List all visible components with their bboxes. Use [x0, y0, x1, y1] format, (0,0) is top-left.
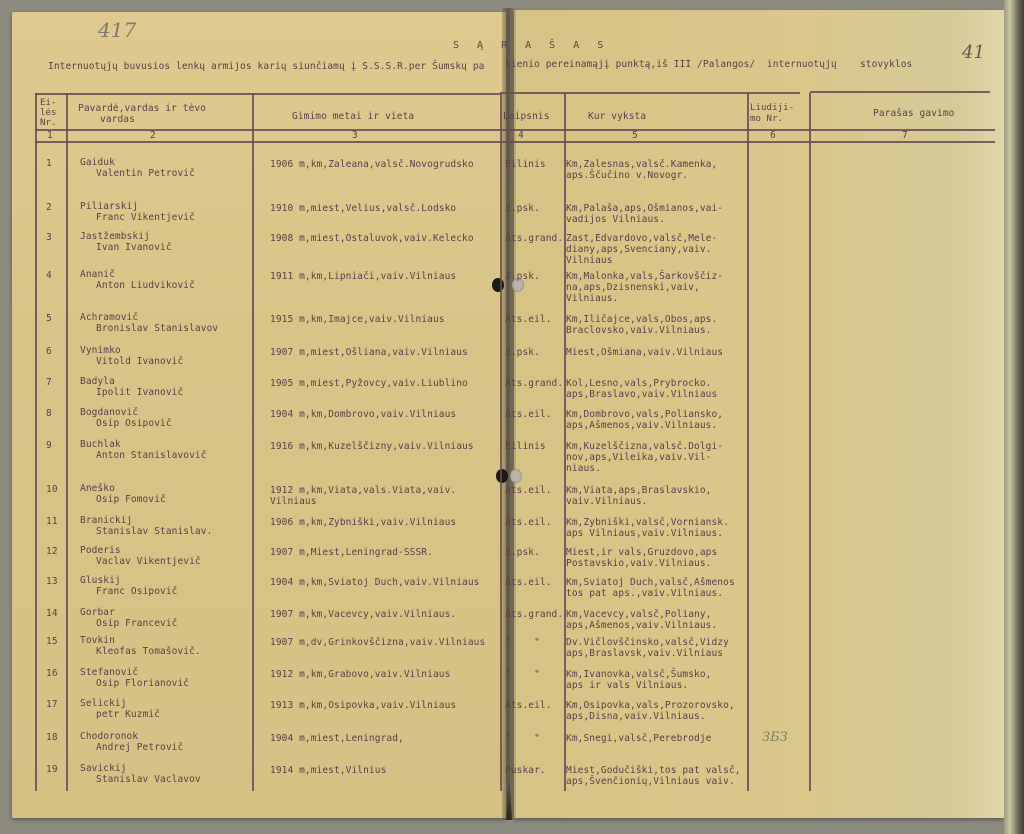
destination-line2: aps ir vals Vilniaus.	[566, 680, 688, 691]
surname: Ananič	[80, 269, 115, 280]
given-name: Franc Osipovič	[96, 586, 177, 597]
birth-info: 1915 m,km,Imajce,vaiv.Vilniaus	[270, 314, 445, 325]
birth-info: 1906 m,km,Zaleana,valsč.Novogrudsko	[270, 159, 474, 170]
surname: Jastžembskij	[80, 231, 150, 242]
rank: Eilinis	[505, 441, 546, 452]
row-number: 11	[46, 516, 58, 527]
destination-line1: Km,Viata,aps,Braslavskio,	[566, 485, 712, 496]
given-name: petr Kuzmič	[96, 709, 160, 720]
rank: " "	[505, 669, 540, 680]
destination-line1: Km,Iličajce,vals,Obos,aps.	[566, 314, 717, 325]
table-top-border	[500, 92, 800, 94]
given-name: Andrej Petrovič	[96, 742, 183, 753]
given-name: Ivan Ivanovič	[96, 242, 172, 253]
row-number: 12	[46, 546, 58, 557]
birth-info: 1911 m,km,Lipniači,vaiv.Vilniaus	[270, 271, 456, 282]
row-number: 10	[46, 484, 58, 495]
rank: Ats.eil.	[505, 700, 552, 711]
given-name: Valentin Petrovič	[96, 168, 195, 179]
destination-line3: Vilniaus.	[566, 293, 618, 304]
given-name: Ipolit Ivanovič	[96, 387, 183, 398]
rank: " "	[505, 733, 540, 744]
destination-line2: aps,Ašmenos,vaiv.Vilniaus.	[566, 620, 717, 631]
row-number: 19	[46, 764, 58, 775]
row-number: 5	[46, 313, 52, 324]
row-number: 4	[46, 270, 52, 281]
punch-hole-icon	[510, 469, 522, 483]
row-number: 15	[46, 636, 58, 647]
surname: Badyla	[80, 376, 115, 387]
row-number: 1	[46, 158, 52, 169]
surname: Aneško	[80, 483, 115, 494]
birth-info: 1913 m,km,Osipovka,vaiv.Vilniaus	[270, 700, 456, 711]
destination-line2: vaiv.Vilniaus.	[566, 496, 647, 507]
header-col5: Kur vyksta	[588, 111, 646, 122]
row-number: 7	[46, 377, 52, 388]
destination-line2: aps.Ščučino v.Novogr.	[566, 170, 688, 181]
destination-line2: diany,aps,Svenciany,vaiv.	[566, 244, 712, 255]
birth-info: 1907 m,Miest,Leningrad-SSSR.	[270, 547, 433, 558]
header-number-5: 5	[632, 130, 638, 141]
row-number: 2	[46, 202, 52, 213]
header-number-divider	[35, 141, 995, 143]
header-col4: Laipsnis	[503, 111, 550, 122]
rank: Ats.eil.	[505, 577, 552, 588]
surname: Vynimko	[80, 345, 121, 356]
given-name: Kleofas Tomašovič.	[96, 646, 201, 657]
header-number-4: 4	[518, 130, 524, 141]
given-name: Osip Osipovič	[96, 418, 172, 429]
given-name: Stanislav Vaclavov	[96, 774, 201, 785]
row-number: 3	[46, 232, 52, 243]
header-col2-line2: vardas	[100, 114, 135, 125]
surname: Stefanovič	[80, 667, 138, 678]
surname: Piliarskij	[80, 201, 138, 212]
destination-line1: Km,Kuzelščizna,valsč.Dolgi-	[566, 441, 723, 452]
destination-line1: Km,Vacevcy,valsč,Poliany,	[566, 609, 712, 620]
row-number: 6	[46, 346, 52, 357]
destination-line1: Miest,Ošmiana,vaiv.Vilniaus	[566, 347, 723, 358]
destination-line2: aps,Braslavsk,vaiv.Vilniaus	[566, 648, 723, 659]
surname: Branickij	[80, 515, 132, 526]
column-line	[66, 93, 68, 791]
header-number-3: 3	[352, 130, 358, 141]
given-name: Bronislav Stanislavov	[96, 323, 218, 334]
destination-line2: aps,Ašmenos,vaiv.Vilniaus.	[566, 420, 717, 431]
given-name: Franc Vikentjevič	[96, 212, 195, 223]
given-name: Anton Stanislavovič	[96, 450, 207, 461]
header-col2-line1: Pavardė,vardas ir tėvo	[78, 103, 206, 114]
rank: Eilinis	[505, 159, 546, 170]
destination-line1: Miest,ir vals,Gruzdovo,aps	[566, 547, 717, 558]
row-number: 8	[46, 408, 52, 419]
header-col6-line2: mo Nr.	[750, 114, 783, 125]
rank: Ats.eil.	[505, 517, 552, 528]
header-number-6: 6	[770, 130, 776, 141]
destination-line1: Km,Dombrovo,vals,Poliansko,	[566, 409, 723, 420]
destination-line2: Braclovsko,vaiv.Vilniaus.	[566, 325, 712, 336]
column-line	[35, 93, 37, 791]
column-line	[747, 93, 749, 791]
destination-line1: Km,Zalesnas,valsč.Kamenka,	[566, 159, 717, 170]
destination-line1: Dv.Vičlovščinsko,valsč,Vidzy	[566, 637, 729, 648]
destination-line1: Km,Ivanovka,valsč,Šumsko,	[566, 669, 712, 680]
rank: Puskar.	[505, 765, 546, 776]
birth-info: 1912 m,km,Viata,vals.Viata,vaiv.	[270, 485, 456, 496]
birth-info: 1907 m,miest,Ošliana,vaiv.Vilniaus	[270, 347, 468, 358]
destination-line3: niaus.	[566, 463, 601, 474]
row-number: 13	[46, 576, 58, 587]
destination-line2: nov,aps,Vileika,vaiv.Vil-	[566, 452, 712, 463]
destination-line2: na,aps,Dzisnenski,vaiv,	[566, 282, 700, 293]
surname: Selickij	[80, 698, 127, 709]
rank: J.psk.	[505, 547, 540, 558]
surname: Gluskij	[80, 575, 121, 586]
destination-line1: Km,Palaša,aps,Ošmianos,vai-	[566, 203, 723, 214]
header-number-7: 7	[902, 130, 908, 141]
birth-info: 1907 m,km,Vacevcy,vaiv.Vilniaus.	[270, 609, 456, 620]
header-divider	[35, 129, 995, 131]
rank: Ats.eil.	[505, 314, 552, 325]
destination-line2: aps,Braslavo,vaiv.Vilniaus	[566, 389, 717, 400]
table-top-border	[35, 93, 500, 95]
destination-line1: Km,Snegi,valsč,Perebrodje	[566, 733, 712, 744]
destination-line1: Kol,Lesno,vals,Prybrocko.	[566, 378, 712, 389]
row-number: 17	[46, 699, 58, 710]
handwritten-page-mark: 417	[98, 18, 136, 42]
birth-info-cont: Vilniaus	[270, 496, 317, 507]
birth-info: 1904 m,km,Sviatoj Duch,vaiv.Vilniaus	[270, 577, 480, 588]
given-name: Osip Francevič	[96, 618, 177, 629]
destination-line2: vadijos Vilniaus.	[566, 214, 665, 225]
birth-info: 1916 m,km,Kuzelščizny,vaiv.Vilniaus	[270, 441, 474, 452]
birth-info: 1904 m,km,Dombrovo,vaiv.Vilniaus	[270, 409, 456, 420]
given-name: Stanislav Stanislav.	[96, 526, 212, 537]
surname: Bogdanovič	[80, 407, 138, 418]
header-col3: Gimimo metai ir vieta	[292, 111, 414, 122]
given-name: Vitold Ivanovič	[96, 356, 183, 367]
surname: Achramovič	[80, 312, 138, 323]
given-name: Anton Liudvikovič	[96, 280, 195, 291]
destination-line1: Km,Osipovka,vals,Prozorovsko,	[566, 700, 735, 711]
rank: J.psk.	[505, 347, 540, 358]
document-subtitle-right: sienio pereinamąjį punktą,iš III /Palang…	[505, 59, 912, 70]
rank: Ats.grand.	[505, 609, 563, 620]
birth-info: 1912 m,km,Grabovo,vaiv.Vilniaus	[270, 669, 450, 680]
column-line	[809, 93, 811, 791]
surname: Chodoronok	[80, 731, 138, 742]
rank: Ats.eil.	[505, 409, 552, 420]
document-subtitle-left: Internuotųjų buvusios lenkų armijos kari…	[48, 61, 484, 72]
surname: Gorbar	[80, 607, 115, 618]
birth-info: 1905 m,miest,Pyžovcy,vaiv.Liublino	[270, 378, 468, 389]
rank: J.psk.	[505, 203, 540, 214]
destination-line2: tos pat aps.,vaiv.Vilniaus.	[566, 588, 723, 599]
destination-line2: Postavskio,vaiv.Vilniaus.	[566, 558, 712, 569]
surname: Savickij	[80, 763, 127, 774]
destination-line1: Km,Zybniški,valsč,Vorniansk.	[566, 517, 729, 528]
given-name: Vaclav Vikentjevič	[96, 556, 201, 567]
row-number: 16	[46, 668, 58, 679]
row-number: 9	[46, 440, 52, 451]
birth-info: 1907 m,dv,Grinkovščizna,vaiv.Vilniaus	[270, 637, 485, 648]
surname: Tovkin	[80, 635, 115, 646]
destination-line2: aps Vilniaus,vaiv.Vilniaus.	[566, 528, 723, 539]
document-heading: S Ą R A Š A S	[453, 40, 609, 51]
binder-edge	[1004, 0, 1024, 834]
handwritten-corner-mark: 41	[962, 42, 985, 63]
destination-line2: aps,Disna,vaiv.Vilniaus.	[566, 711, 706, 722]
birth-info: 1906 m,km,Zybniški,vaiv.Vilniaus	[270, 517, 456, 528]
table-top-border	[810, 91, 990, 93]
header-col1-line3: Nr.	[40, 118, 57, 129]
birth-info: 1910 m,miest,Velius,valsč.Lodsko	[270, 203, 456, 214]
header-col7: Parašas gavimo	[873, 108, 954, 119]
rank: Ats.grand.	[505, 378, 563, 389]
birth-info: 1904 m,miest,Leningrad,	[270, 733, 404, 744]
surname: Poderis	[80, 545, 121, 556]
header-number-1: 1	[47, 130, 53, 141]
column-line	[252, 93, 254, 791]
punch-hole-icon	[496, 469, 508, 483]
rank: Ats.eil.	[505, 485, 552, 496]
given-name: Osip Florianovič	[96, 678, 189, 689]
rank: " "	[505, 637, 540, 648]
header-number-2: 2	[150, 130, 156, 141]
handwritten-signature: ЗБЗ	[762, 730, 788, 745]
given-name: Osip Fomovič	[96, 494, 166, 505]
birth-info: 1908 m,miest,Ostaluvok,vaiv.Kelecko	[270, 233, 474, 244]
header-col6-line1: Liudiji-	[750, 103, 794, 114]
row-number: 18	[46, 732, 58, 743]
row-number: 14	[46, 608, 58, 619]
destination-line3: Vilniaus	[566, 255, 613, 266]
destination-line1: Zast,Edvardovo,valsč,Mele-	[566, 233, 717, 244]
surname: Gaiduk	[80, 157, 115, 168]
column-line	[500, 93, 502, 791]
rank: Ats.grand.	[505, 233, 563, 244]
rank: J.psk.	[505, 271, 540, 282]
punch-hole-icon	[492, 278, 504, 292]
surname: Buchlak	[80, 439, 121, 450]
destination-line1: Km,Sviatoj Duch,valsč,Ašmenos	[566, 577, 735, 588]
destination-line2: aps,Švenčionių,Vilniaus vaiv.	[566, 776, 735, 787]
destination-line1: Km,Malonka,vals,Šarkovščiz-	[566, 271, 723, 282]
destination-line1: Miest,Godučiški,tos pat valsč,	[566, 765, 741, 776]
birth-info: 1914 m,miest,Vilnius	[270, 765, 386, 776]
